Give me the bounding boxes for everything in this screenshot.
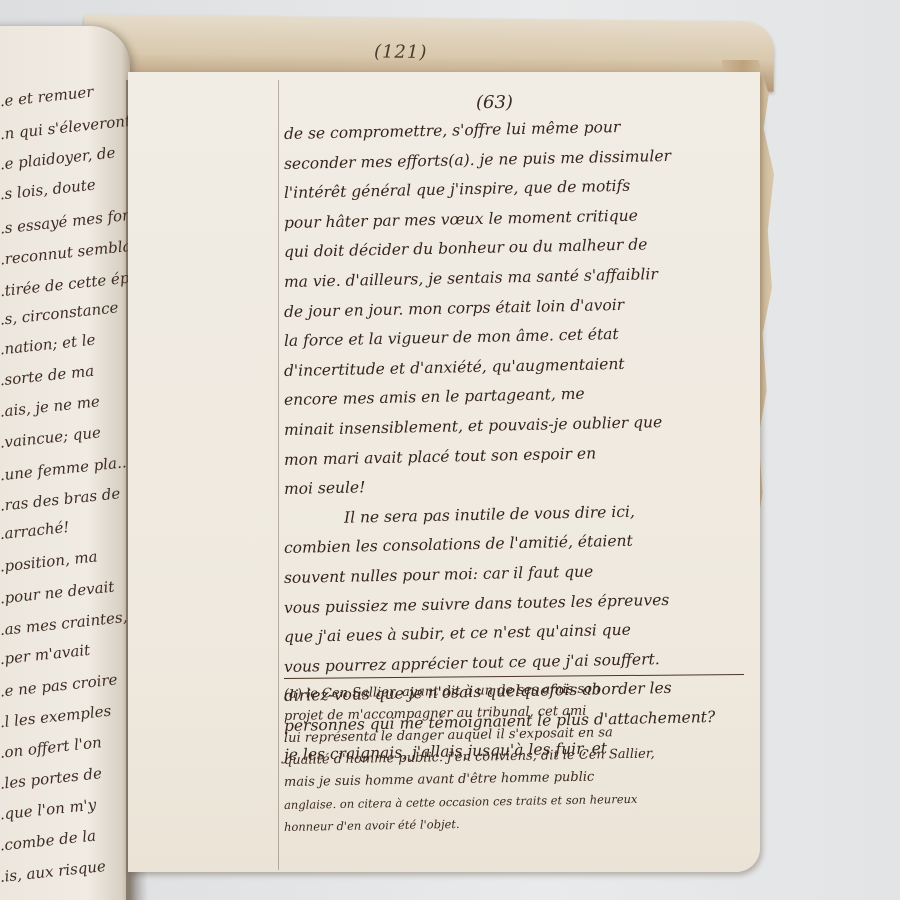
handwritten-text: de se compromettre, s'offre lui même pou… xyxy=(284,120,744,771)
left-page-text-line: ...que l'on m'y xyxy=(0,795,97,824)
left-page-text-line: ...les portes de xyxy=(0,764,103,794)
folio-number: (121) xyxy=(374,41,428,63)
left-page-text-line: ...ras des bras de xyxy=(0,484,121,516)
left-page: ...e et remuer...n qui s'éleveront...e p… xyxy=(0,26,130,900)
left-page-text-line: ...sorte de ma xyxy=(0,362,95,391)
left-page-text-line: ...is, aux risque xyxy=(0,857,107,887)
left-page-text-line: ...n qui s'éleveront xyxy=(0,112,130,145)
left-page-text-line: ...e et remuer xyxy=(0,83,94,112)
left-page-text-line: ...on offert l'on xyxy=(0,733,103,763)
left-page-text-line: ...vaincue; que xyxy=(0,423,102,453)
left-page-text-line: ...e ne pas croire xyxy=(0,670,118,701)
left-page-text-line: ...position, ma xyxy=(0,547,98,576)
left-page-text-line: ...s essayé mes forces xyxy=(0,203,130,238)
manuscript-page: (63) de se compromettre, s'offre lui mêm… xyxy=(128,72,760,872)
left-page-text-line: ...l les exemples xyxy=(0,702,112,733)
footnote: (a) le Cen Sallier, ayant dit à un de se… xyxy=(284,684,754,838)
left-page-text-line: ...as mes craintes, xyxy=(0,608,128,640)
margin-rule xyxy=(278,80,279,870)
page-number: (63) xyxy=(476,92,513,113)
left-page-text-line: ...tirée de cette époque xyxy=(0,265,130,301)
left-page-text-line: ...ais, je ne me xyxy=(0,392,101,421)
left-page-text-line: ...arraché! xyxy=(0,518,70,544)
left-page-text-line: ...une femme pla... xyxy=(0,453,130,486)
left-page-text-line: ...pour ne devait xyxy=(0,578,115,609)
left-page-text-line: ...s, circonstance xyxy=(0,298,119,329)
left-page-text-line: ...e plaidoyer, de xyxy=(0,143,116,174)
left-page-text-line: ...reconnut semblable xyxy=(0,234,130,269)
left-page-text-line: ...nation; et le xyxy=(0,331,96,360)
left-page-text-line: ...per m'avait xyxy=(0,641,91,669)
left-page-text-line: ...s lois, doute xyxy=(0,176,96,205)
left-page-text-line: ...combe de la xyxy=(0,826,97,855)
